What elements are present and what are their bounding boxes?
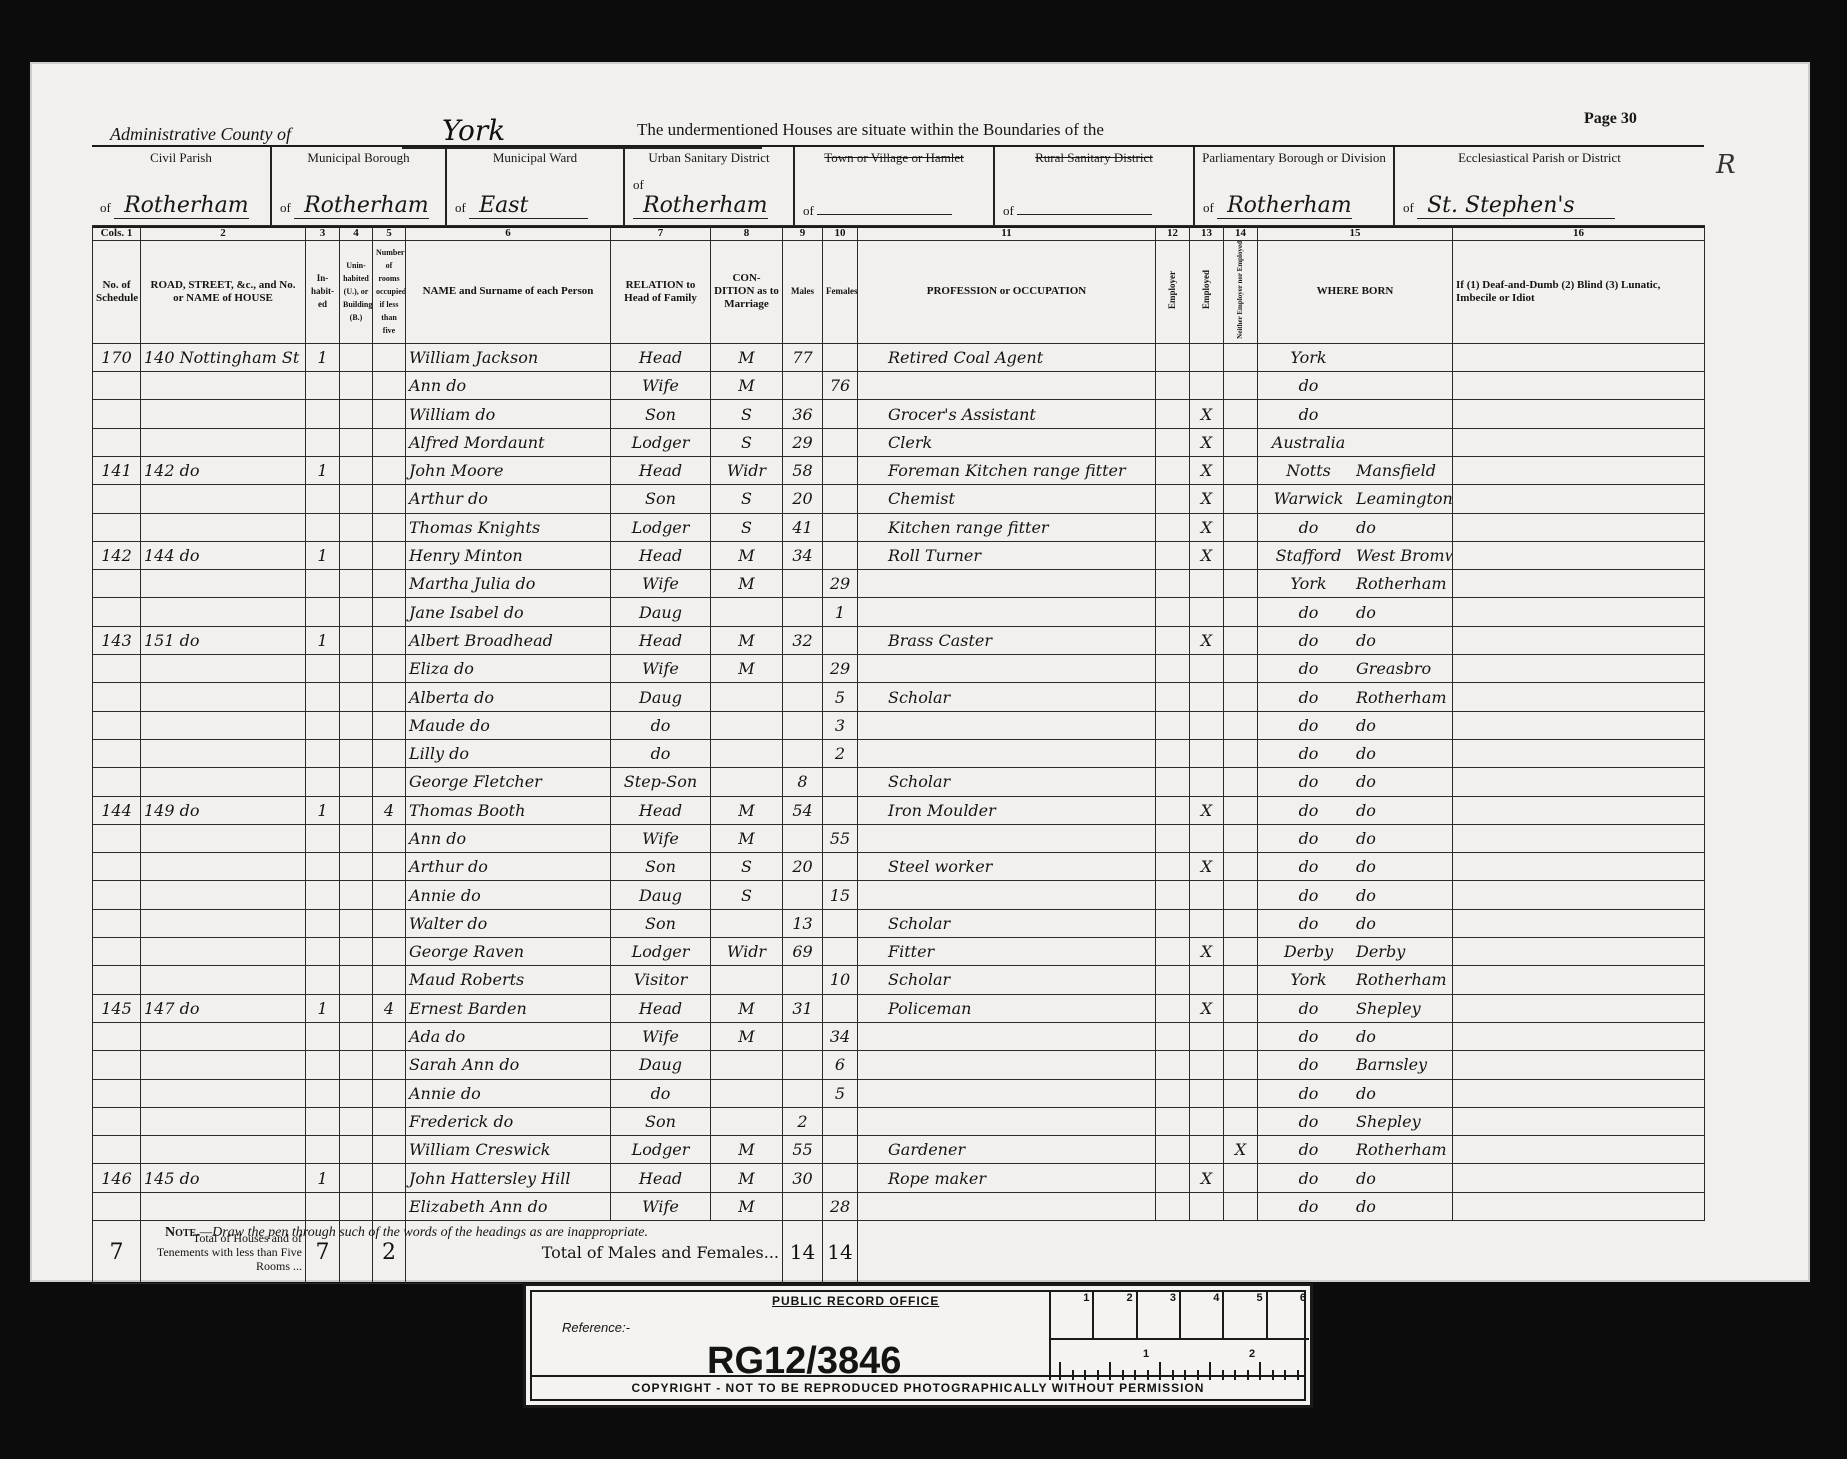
age-female: 1 <box>823 598 858 626</box>
inhabited: 1 <box>306 796 340 824</box>
rooms <box>373 824 406 852</box>
relation: Lodger <box>611 428 711 456</box>
employer-mark <box>1156 966 1190 994</box>
person-name: Thomas Booth <box>406 796 611 824</box>
relation: Lodger <box>611 1136 711 1164</box>
employer-mark <box>1156 428 1190 456</box>
born-county: do <box>1261 716 1356 735</box>
age-female <box>823 626 858 654</box>
header-age-females: Females <box>823 241 858 344</box>
age-female <box>823 1136 858 1164</box>
born-place: Shepley <box>1356 999 1421 1018</box>
reference-label: Reference:- <box>562 1320 630 1335</box>
schedule-number: 145 <box>93 994 141 1022</box>
occupation: Foreman Kitchen range fitter <box>858 457 1156 485</box>
uninhabited <box>340 1051 373 1079</box>
uninhabited <box>340 1164 373 1192</box>
address <box>141 372 306 400</box>
age-female <box>823 1107 858 1135</box>
born-place: do <box>1356 518 1376 537</box>
occupation: Policeman <box>858 994 1156 1022</box>
neither-mark <box>1224 768 1258 796</box>
where-born: doShepley <box>1258 994 1453 1022</box>
born-county: do <box>1261 603 1356 622</box>
uninhabited <box>340 400 373 428</box>
infirmity <box>1453 626 1705 654</box>
condition <box>711 598 783 626</box>
inhabited <box>306 768 340 796</box>
relation: Son <box>611 485 711 513</box>
age-male <box>783 1079 823 1107</box>
age-male <box>783 655 823 683</box>
uninhabited <box>340 966 373 994</box>
born-place: Shepley <box>1356 1112 1421 1131</box>
condition <box>711 1079 783 1107</box>
born-county: do <box>1261 914 1356 933</box>
employed-mark <box>1190 909 1224 937</box>
table-row: 145147 do14Ernest BardenHeadM31Policeman… <box>93 994 1705 1022</box>
inhabited: 1 <box>306 343 340 371</box>
employed-mark: X <box>1190 626 1224 654</box>
born-place: Barnsley <box>1356 1055 1427 1074</box>
where-born: dodo <box>1258 598 1453 626</box>
where-born: doGreasbro <box>1258 655 1453 683</box>
header-infirmity: If (1) Deaf-and-Dumb (2) Blind (3) Lunat… <box>1453 241 1705 344</box>
condition <box>711 966 783 994</box>
condition: M <box>711 1164 783 1192</box>
table-row: Arthur doSonS20Steel workerXdodo <box>93 853 1705 881</box>
age-female <box>823 513 858 541</box>
occupation: Roll Turner <box>858 541 1156 569</box>
relation: Head <box>611 994 711 1022</box>
where-born: dodo <box>1258 1022 1453 1050</box>
municipal-borough-value: Rotherham <box>294 193 429 219</box>
condition: M <box>711 541 783 569</box>
district-urban-sanitary: Urban Sanitary District of Rotherham <box>625 147 795 225</box>
schedule-number <box>93 1136 141 1164</box>
district-civil-parish: Civil Parish of Rotherham <box>92 147 272 225</box>
employed-mark: X <box>1190 541 1224 569</box>
district-parliamentary: Parliamentary Borough or Division of Rot… <box>1195 147 1395 225</box>
infirmity <box>1453 598 1705 626</box>
infirmity <box>1453 683 1705 711</box>
neither-mark <box>1224 994 1258 1022</box>
employer-mark <box>1156 994 1190 1022</box>
born-county: Stafford <box>1261 546 1356 565</box>
age-female: 76 <box>823 372 858 400</box>
age-male: 29 <box>783 428 823 456</box>
relation: Head <box>611 541 711 569</box>
age-female <box>823 909 858 937</box>
age-male <box>783 711 823 739</box>
neither-mark <box>1224 1022 1258 1050</box>
where-born: doRotherham <box>1258 683 1453 711</box>
born-county: Australia <box>1261 433 1356 452</box>
header-rooms: Number of rooms occupied if less than fi… <box>373 241 406 344</box>
born-place: Rotherham <box>1356 1140 1447 1159</box>
employer-mark <box>1156 768 1190 796</box>
schedule-number <box>93 372 141 400</box>
occupation <box>858 881 1156 909</box>
schedule-number: 141 <box>93 457 141 485</box>
neither-mark <box>1224 513 1258 541</box>
table-row: Walter doSon13Scholardodo <box>93 909 1705 937</box>
born-place: do <box>1356 716 1376 735</box>
infirmity <box>1453 372 1705 400</box>
person-name: Annie do <box>406 1079 611 1107</box>
district-ecclesiastical: Ecclesiastical Parish or District of St.… <box>1395 147 1684 225</box>
address <box>141 485 306 513</box>
occupation: Scholar <box>858 966 1156 994</box>
relation: do <box>611 711 711 739</box>
schedule-number <box>93 683 141 711</box>
schedule-number <box>93 513 141 541</box>
rooms <box>373 881 406 909</box>
neither-mark <box>1224 1079 1258 1107</box>
person-name: Henry Minton <box>406 541 611 569</box>
inhabited <box>306 1079 340 1107</box>
header-age-males: Males <box>783 241 823 344</box>
inhabited <box>306 1051 340 1079</box>
uninhabited <box>340 1107 373 1135</box>
rooms <box>373 485 406 513</box>
born-county: do <box>1261 772 1356 791</box>
table-row: Lilly dodo2dodo <box>93 739 1705 767</box>
born-place: Greasbro <box>1356 659 1431 678</box>
infirmity <box>1453 1079 1705 1107</box>
born-county: do <box>1261 801 1356 820</box>
schedule-number <box>93 768 141 796</box>
relation: Wife <box>611 1022 711 1050</box>
infirmity <box>1453 966 1705 994</box>
born-county: do <box>1261 518 1356 537</box>
occupation: Brass Caster <box>858 626 1156 654</box>
address <box>141 966 306 994</box>
employed-mark <box>1190 1107 1224 1135</box>
born-county: York <box>1261 574 1356 593</box>
condition <box>711 1107 783 1135</box>
occupation <box>858 1022 1156 1050</box>
infirmity <box>1453 1022 1705 1050</box>
occupation: Iron Moulder <box>858 796 1156 824</box>
age-male: 2 <box>783 1107 823 1135</box>
person-name: William Creswick <box>406 1136 611 1164</box>
age-male <box>783 739 823 767</box>
inhabited <box>306 938 340 966</box>
employer-mark <box>1156 683 1190 711</box>
district-town-village: Town or Village or Hamlet of <box>795 147 995 225</box>
where-born: dodo <box>1258 796 1453 824</box>
age-male <box>783 881 823 909</box>
infirmity <box>1453 655 1705 683</box>
schedule-number <box>93 655 141 683</box>
age-female: 5 <box>823 1079 858 1107</box>
occupation: Grocer's Assistant <box>858 400 1156 428</box>
employed-mark: X <box>1190 994 1224 1022</box>
person-name: Alberta do <box>406 683 611 711</box>
age-female: 5 <box>823 683 858 711</box>
copyright-notice: COPYRIGHT - NOT TO BE REPRODUCED PHOTOGR… <box>532 1375 1304 1399</box>
infirmity <box>1453 428 1705 456</box>
uninhabited <box>340 655 373 683</box>
schedule-number <box>93 1051 141 1079</box>
address <box>141 1192 306 1220</box>
condition: M <box>711 372 783 400</box>
table-row: 144149 do14Thomas BoothHeadM54Iron Mould… <box>93 796 1705 824</box>
neither-mark <box>1224 655 1258 683</box>
neither-mark <box>1224 570 1258 598</box>
condition: S <box>711 485 783 513</box>
infirmity <box>1453 881 1705 909</box>
inhabited: 1 <box>306 994 340 1022</box>
infirmity <box>1453 457 1705 485</box>
schedule-number <box>93 938 141 966</box>
age-male: 30 <box>783 1164 823 1192</box>
public-record-office-title: PUBLIC RECORD OFFICE <box>772 1294 939 1308</box>
uninhabited <box>340 824 373 852</box>
person-name: Maud Roberts <box>406 966 611 994</box>
schedule-number <box>93 909 141 937</box>
born-county: do <box>1261 659 1356 678</box>
uninhabited <box>340 739 373 767</box>
born-place: do <box>1356 631 1376 650</box>
schedule-number <box>93 966 141 994</box>
neither-mark <box>1224 796 1258 824</box>
born-place: do <box>1356 914 1376 933</box>
census-body: 170140 Nottingham St1William JacksonHead… <box>93 343 1705 1220</box>
administrative-county-label: Administrative County of <box>110 124 291 145</box>
relation: Head <box>611 1164 711 1192</box>
inhabited <box>306 739 340 767</box>
where-born: doShepley <box>1258 1107 1453 1135</box>
born-county: do <box>1261 1140 1356 1159</box>
born-place: do <box>1356 886 1376 905</box>
relation: Head <box>611 626 711 654</box>
neither-mark <box>1224 938 1258 966</box>
ecclesiastical-value: St. Stephen's <box>1417 193 1615 219</box>
infirmity <box>1453 994 1705 1022</box>
infirmity <box>1453 796 1705 824</box>
municipal-ward-value: East <box>469 193 588 219</box>
schedule-number <box>93 1079 141 1107</box>
uninhabited <box>340 796 373 824</box>
age-female <box>823 457 858 485</box>
age-male <box>783 570 823 598</box>
boundary-text: The undermentioned Houses are situate wi… <box>637 120 1104 140</box>
table-row: George RavenLodgerWidr69FitterXDerbyDerb… <box>93 938 1705 966</box>
schedule-number <box>93 570 141 598</box>
address: 145 do <box>141 1164 306 1192</box>
inhabited: 1 <box>306 626 340 654</box>
neither-mark <box>1224 428 1258 456</box>
occupation <box>858 655 1156 683</box>
rooms <box>373 513 406 541</box>
relation: Daug <box>611 683 711 711</box>
parliamentary-value: Rotherham <box>1217 193 1352 219</box>
table-row: 143151 do1Albert BroadheadHeadM32Brass C… <box>93 626 1705 654</box>
neither-mark <box>1224 881 1258 909</box>
relation: Wife <box>611 372 711 400</box>
table-row: Sarah Ann doDaug6doBarnsley <box>93 1051 1705 1079</box>
employed-mark <box>1190 739 1224 767</box>
employed-mark <box>1190 372 1224 400</box>
employer-mark <box>1156 909 1190 937</box>
age-male: 36 <box>783 400 823 428</box>
occupation: Fitter <box>858 938 1156 966</box>
inhabited: 1 <box>306 457 340 485</box>
born-county: do <box>1261 1169 1356 1188</box>
relation: Son <box>611 909 711 937</box>
inhabited: 1 <box>306 1164 340 1192</box>
header-address: ROAD, STREET, &c., and No. or NAME of HO… <box>141 241 306 344</box>
age-female: 29 <box>823 655 858 683</box>
age-female <box>823 768 858 796</box>
page-number: Page 30 <box>1584 110 1637 128</box>
person-name: William Jackson <box>406 343 611 371</box>
table-row: 142144 do1Henry MintonHeadM34Roll Turner… <box>93 541 1705 569</box>
condition: M <box>711 1192 783 1220</box>
age-female: 28 <box>823 1192 858 1220</box>
address <box>141 768 306 796</box>
inhabited <box>306 372 340 400</box>
schedule-number <box>93 824 141 852</box>
inhabited <box>306 853 340 881</box>
relation: Son <box>611 853 711 881</box>
born-county: York <box>1261 970 1356 989</box>
schedule-number: 143 <box>93 626 141 654</box>
table-row: Jane Isabel doDaug1dodo <box>93 598 1705 626</box>
schedule-number <box>93 1022 141 1050</box>
age-male <box>783 1051 823 1079</box>
address <box>141 824 306 852</box>
uninhabited <box>340 626 373 654</box>
condition <box>711 1051 783 1079</box>
condition: Widr <box>711 457 783 485</box>
employed-mark: X <box>1190 400 1224 428</box>
relation: Wife <box>611 570 711 598</box>
header-name: NAME and Surname of each Person <box>406 241 611 344</box>
born-county: do <box>1261 376 1356 395</box>
address <box>141 1136 306 1164</box>
where-born: dodo <box>1258 909 1453 937</box>
condition: M <box>711 655 783 683</box>
person-name: Martha Julia do <box>406 570 611 598</box>
rooms <box>373 739 406 767</box>
relation: do <box>611 739 711 767</box>
condition: M <box>711 796 783 824</box>
rooms <box>373 938 406 966</box>
age-male: 58 <box>783 457 823 485</box>
person-name: Frederick do <box>406 1107 611 1135</box>
age-male: 54 <box>783 796 823 824</box>
neither-mark <box>1224 1192 1258 1220</box>
employed-mark <box>1190 598 1224 626</box>
infirmity <box>1453 1164 1705 1192</box>
uninhabited <box>340 598 373 626</box>
header-where-born: WHERE BORN <box>1258 241 1453 344</box>
inhabited <box>306 966 340 994</box>
schedule-number: 144 <box>93 796 141 824</box>
employer-mark <box>1156 853 1190 881</box>
rural-sanitary-value <box>1017 214 1152 215</box>
employer-mark <box>1156 457 1190 485</box>
address <box>141 1022 306 1050</box>
relation: Head <box>611 796 711 824</box>
born-county: do <box>1261 999 1356 1018</box>
infirmity <box>1453 1107 1705 1135</box>
occupation: Chemist <box>858 485 1156 513</box>
age-female: 2 <box>823 739 858 767</box>
table-row: Alberta doDaug5ScholardoRotherham <box>93 683 1705 711</box>
employed-mark <box>1190 570 1224 598</box>
table-row: William CreswickLodgerM55GardenerXdoRoth… <box>93 1136 1705 1164</box>
where-born: WarwickLeamington <box>1258 485 1453 513</box>
rooms <box>373 1192 406 1220</box>
column-number-row: Cols. 1 2 3 4 5 6 7 8 9 10 11 12 13 14 1… <box>93 226 1705 241</box>
address <box>141 400 306 428</box>
person-name: Annie do <box>406 881 611 909</box>
person-name: Maude do <box>406 711 611 739</box>
rooms <box>373 711 406 739</box>
total-females: 14 <box>823 1221 858 1284</box>
neither-mark <box>1224 457 1258 485</box>
rooms <box>373 626 406 654</box>
condition: M <box>711 626 783 654</box>
infirmity <box>1453 513 1705 541</box>
uninhabited <box>340 1136 373 1164</box>
table-row: Thomas KnightsLodgerS41Kitchen range fit… <box>93 513 1705 541</box>
employed-mark <box>1190 711 1224 739</box>
table-row: Martha Julia doWifeM29YorkRotherham <box>93 570 1705 598</box>
inhabited <box>306 824 340 852</box>
infirmity <box>1453 853 1705 881</box>
person-name: Walter do <box>406 909 611 937</box>
relation: Head <box>611 343 711 371</box>
age-male: 34 <box>783 541 823 569</box>
age-male: 77 <box>783 343 823 371</box>
where-born: dodo <box>1258 513 1453 541</box>
uninhabited <box>340 938 373 966</box>
margin-annotation: R <box>1716 150 1736 180</box>
relation: do <box>611 1079 711 1107</box>
inhabited <box>306 400 340 428</box>
rooms <box>373 853 406 881</box>
born-county: do <box>1261 744 1356 763</box>
rooms <box>373 428 406 456</box>
person-name: Ada do <box>406 1022 611 1050</box>
employer-mark <box>1156 343 1190 371</box>
rooms: 4 <box>373 994 406 1022</box>
occupation <box>858 598 1156 626</box>
born-county: do <box>1261 1197 1356 1216</box>
where-born: York <box>1258 343 1453 371</box>
age-female: 10 <box>823 966 858 994</box>
born-county: do <box>1261 1055 1356 1074</box>
infirmity <box>1453 400 1705 428</box>
employed-mark <box>1190 966 1224 994</box>
born-place: do <box>1356 1169 1376 1188</box>
born-county: Warwick <box>1261 489 1356 508</box>
uninhabited <box>340 1192 373 1220</box>
rooms <box>373 966 406 994</box>
employed-mark: X <box>1190 938 1224 966</box>
address <box>141 711 306 739</box>
infirmity <box>1453 739 1705 767</box>
address <box>141 1079 306 1107</box>
employer-mark <box>1156 1164 1190 1192</box>
table-row: Eliza doWifeM29doGreasbro <box>93 655 1705 683</box>
inhabited <box>306 881 340 909</box>
